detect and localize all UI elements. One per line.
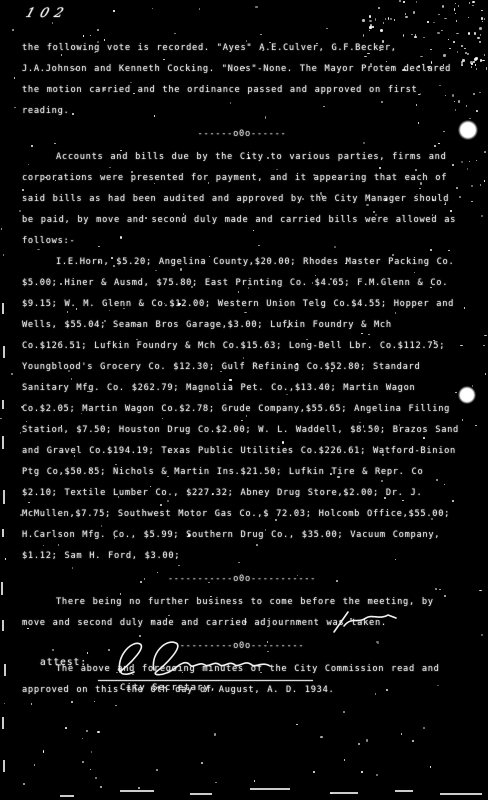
noise-speck — [28, 164, 29, 165]
noise-speck — [191, 286, 193, 288]
noise-speck — [482, 60, 485, 62]
noise-speck — [86, 730, 88, 732]
noise-speck — [108, 649, 110, 651]
noise-speck — [97, 731, 99, 733]
noise-speck — [188, 534, 190, 536]
noise-speck — [287, 326, 289, 328]
noise-speck — [414, 36, 417, 38]
noise-speck — [120, 150, 121, 151]
noise-speck — [140, 581, 141, 583]
noise-speck — [28, 502, 30, 503]
noise-speck — [481, 17, 483, 20]
noise-speck — [385, 199, 386, 200]
noise-speck — [43, 750, 44, 752]
noise-speck — [363, 34, 364, 37]
noise-speck — [479, 41, 480, 43]
section-separator: -----------o0o----------- — [22, 569, 462, 590]
section-separator: ------o0o------ — [22, 124, 462, 145]
noise-speck — [459, 196, 461, 198]
noise-speck — [111, 257, 113, 259]
film-edge-mark — [3, 346, 5, 358]
noise-speck — [474, 32, 475, 34]
noise-speck — [412, 740, 414, 742]
noise-speck — [71, 701, 73, 703]
noise-speck — [395, 312, 396, 314]
noise-speck — [484, 54, 485, 56]
noise-speck — [95, 777, 97, 779]
noise-speck — [82, 738, 84, 740]
noise-speck — [178, 303, 180, 305]
film-edge-mark — [2, 436, 4, 450]
noise-speck — [150, 486, 151, 487]
noise-speck — [439, 85, 441, 86]
film-edge-mark — [4, 664, 6, 677]
bottom-edge-streak — [395, 790, 413, 792]
noise-speck — [375, 18, 376, 20]
noise-speck — [131, 171, 133, 172]
noise-speck — [376, 774, 377, 776]
noise-speck — [444, 595, 446, 597]
secretary-title: City Secretary, — [120, 683, 216, 693]
noise-speck — [208, 182, 209, 184]
noise-speck — [423, 727, 425, 729]
noise-speck — [130, 82, 132, 83]
noise-speck — [262, 50, 263, 52]
noise-speck — [145, 217, 147, 219]
noise-speck — [282, 441, 284, 443]
noise-speck — [302, 198, 304, 200]
noise-speck — [380, 29, 383, 32]
noise-speck — [430, 249, 432, 251]
film-edge-mark — [2, 303, 4, 314]
noise-speck — [416, 104, 417, 106]
noise-speck — [299, 621, 301, 622]
noise-speck — [313, 771, 315, 772]
noise-speck — [362, 19, 365, 21]
noise-speck — [174, 33, 175, 34]
noise-speck — [331, 370, 333, 372]
film-edge-mark — [2, 529, 4, 536]
noise-speck — [469, 118, 471, 119]
noise-speck — [100, 786, 102, 788]
noise-speck — [12, 29, 14, 31]
noise-speck — [183, 213, 184, 215]
noise-speck — [133, 93, 135, 94]
noise-speck — [138, 787, 139, 789]
noise-speck — [462, 419, 463, 421]
noise-speck — [431, 518, 433, 520]
noise-speck — [403, 1, 404, 3]
noise-speck — [372, 26, 374, 27]
noise-speck — [82, 761, 84, 763]
noise-speck — [366, 739, 367, 741]
noise-speck — [167, 476, 169, 477]
film-edge-mark — [3, 760, 5, 772]
noise-speck — [91, 751, 93, 753]
noise-speck — [364, 56, 367, 58]
noise-speck — [90, 769, 91, 770]
noise-speck — [437, 32, 439, 34]
noise-speck — [386, 689, 388, 691]
noise-speck — [430, 766, 432, 768]
noise-speck — [330, 278, 332, 280]
bills-paragraph: I.E.Horn, $5.20; Angelina County,$20.00;… — [22, 252, 462, 567]
noise-speck — [160, 504, 162, 506]
noise-speck — [399, 0, 401, 1]
noise-speck — [419, 188, 421, 189]
noise-speck — [403, 34, 404, 37]
vote-paragraph: the following vote is recorded. "Ayes" A… — [22, 38, 462, 122]
noise-speck — [136, 324, 138, 326]
noise-speck — [118, 496, 119, 498]
scanned-minutes-page: 102 the following vote is recorded. "Aye… — [0, 0, 488, 800]
noise-speck — [378, 7, 380, 8]
noise-speck — [427, 66, 430, 68]
noise-speck — [452, 94, 454, 97]
film-edge-mark — [2, 620, 4, 631]
signature-stroke — [102, 636, 292, 684]
typewritten-text-column: the following vote is recorded. "Ayes" A… — [0, 0, 488, 701]
noise-speck — [366, 204, 368, 206]
noise-speck — [379, 167, 381, 168]
noise-speck — [432, 199, 434, 201]
noise-speck — [103, 88, 105, 90]
attest-label: attest: — [40, 657, 87, 668]
noise-speck — [343, 711, 344, 713]
handwriting-stroke — [330, 606, 400, 636]
noise-speck — [337, 476, 339, 477]
noise-speck — [229, 379, 231, 380]
noise-speck — [52, 22, 53, 24]
noise-speck — [475, 64, 477, 65]
noise-speck — [230, 102, 232, 104]
noise-speck — [201, 762, 203, 764]
punch-hole — [458, 386, 476, 404]
noise-speck — [31, 703, 32, 705]
bottom-edge-streak — [120, 790, 154, 792]
noise-speck — [479, 590, 481, 591]
noise-speck — [286, 394, 288, 395]
noise-speck — [139, 635, 141, 637]
noise-speck — [214, 733, 216, 735]
noise-speck — [361, 333, 362, 335]
noise-speck — [445, 202, 446, 204]
noise-speck — [52, 649, 54, 651]
noise-speck — [467, 53, 469, 55]
noise-speck — [457, 51, 458, 53]
noise-speck — [344, 759, 345, 760]
attestation-block: attest: City Secretary, — [40, 650, 87, 669]
noise-speck — [113, 10, 114, 12]
bottom-edge-streak — [440, 793, 482, 795]
noise-speck — [156, 769, 158, 771]
bottom-edge-streak — [250, 788, 290, 790]
noise-speck — [369, 26, 371, 29]
noise-speck — [168, 451, 169, 453]
noise-speck — [411, 34, 413, 35]
noise-speck — [258, 245, 259, 246]
noise-speck — [465, 52, 467, 54]
noise-speck — [453, 41, 455, 43]
noise-speck — [484, 151, 486, 153]
noise-speck — [60, 283, 62, 285]
noise-speck — [215, 782, 217, 784]
noise-speck — [472, 5, 474, 6]
noise-speck — [37, 249, 39, 250]
noise-speck — [381, 480, 383, 481]
punch-hole — [458, 120, 478, 140]
noise-speck — [269, 42, 271, 43]
noise-speck — [244, 67, 245, 68]
noise-speck — [275, 519, 276, 521]
noise-speck — [427, 21, 428, 23]
noise-speck — [244, 621, 246, 623]
noise-speck — [0, 418, 2, 419]
noise-speck — [468, 32, 470, 35]
film-edge-mark — [1, 582, 3, 595]
noise-speck — [330, 473, 331, 475]
noise-speck — [402, 500, 404, 501]
noise-speck — [254, 780, 255, 782]
noise-speck — [361, 771, 362, 773]
noise-speck — [444, 18, 446, 19]
mayor-handwritten-initials — [330, 606, 400, 640]
noise-speck — [461, 64, 463, 66]
noise-speck — [320, 192, 322, 194]
noise-speck — [381, 101, 383, 102]
noise-speck — [65, 727, 67, 729]
noise-speck — [443, 54, 445, 56]
noise-speck — [120, 236, 122, 238]
noise-speck — [94, 701, 95, 703]
noise-speck — [401, 733, 402, 735]
noise-speck — [212, 493, 214, 495]
noise-speck — [5, 558, 7, 560]
noise-speck — [115, 705, 116, 706]
noise-speck — [72, 113, 73, 115]
noise-speck — [479, 27, 482, 30]
noise-speck — [23, 783, 25, 785]
noise-speck — [267, 157, 269, 159]
noise-speck — [296, 724, 298, 726]
noise-speck — [180, 268, 182, 270]
bottom-edge-streak — [60, 795, 74, 797]
noise-speck — [383, 22, 384, 24]
noise-speck — [4, 703, 5, 704]
noise-speck — [474, 58, 475, 60]
noise-speck — [265, 116, 266, 118]
noise-speck — [413, 11, 415, 13]
film-edge-mark — [2, 400, 4, 409]
noise-speck — [420, 182, 422, 184]
noise-speck — [473, 93, 475, 95]
bottom-edge-streak — [330, 792, 358, 794]
noise-speck — [468, 17, 470, 18]
noise-speck — [296, 363, 298, 364]
noise-speck — [336, 580, 337, 582]
accounts-paragraph: Accounts and bills due by the City to va… — [22, 147, 462, 252]
noise-speck — [363, 142, 365, 144]
film-edge-mark — [2, 717, 4, 730]
noise-speck — [97, 41, 99, 43]
noise-speck — [471, 201, 473, 202]
noise-speck — [455, 13, 456, 14]
signature-underline — [98, 680, 313, 681]
film-edge-mark — [3, 490, 5, 504]
noise-speck — [182, 672, 183, 673]
noise-speck — [101, 525, 102, 527]
noise-speck — [34, 764, 35, 766]
noise-speck — [437, 685, 439, 686]
noise-speck — [31, 145, 33, 147]
noise-speck — [320, 736, 322, 738]
noise-speck — [45, 177, 46, 178]
noise-speck — [20, 432, 21, 434]
noise-speck — [120, 593, 121, 595]
noise-speck — [382, 40, 384, 42]
noise-speck — [255, 6, 257, 8]
noise-speck — [436, 479, 438, 481]
noise-speck — [97, 29, 99, 31]
bottom-edge-streak — [190, 793, 212, 795]
noise-speck — [418, 94, 419, 95]
noise-speck — [370, 63, 372, 66]
noise-speck — [481, 634, 483, 635]
noise-speck — [358, 743, 359, 745]
noise-speck — [246, 40, 247, 42]
noise-speck — [113, 265, 115, 267]
